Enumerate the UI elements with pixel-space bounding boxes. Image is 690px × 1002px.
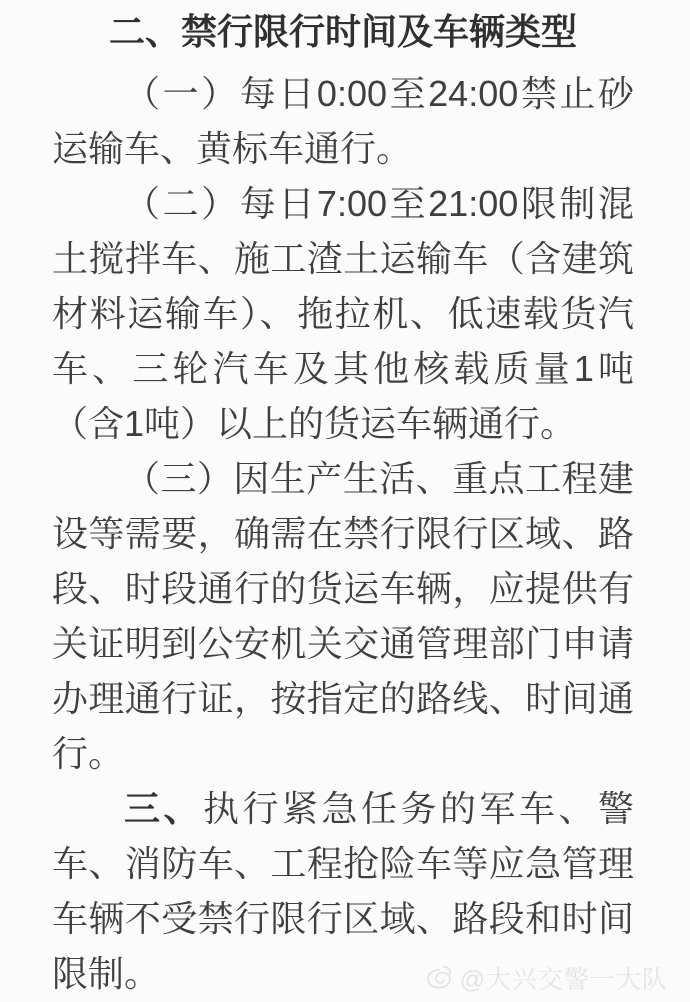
text-line: （一）每日0:00至24:00禁止砂石 xyxy=(52,66,634,121)
weibo-icon xyxy=(424,963,454,993)
text-line: 土搅拌车、施工渣土运输车（含建筑 xyxy=(52,231,634,286)
text-line: 办理通行证，按指定的路线、时间通 xyxy=(52,671,634,726)
text-line: 运输车、黄标车通行。 xyxy=(52,121,634,176)
text-line: 段、时段通行的货运车辆，应提供有 xyxy=(52,561,634,616)
text-line: （二）每日7:00至21:00限制混凝 xyxy=(52,176,634,231)
text-line: （三）因生产生活、重点工程建 xyxy=(52,451,634,506)
paragraph-rule-3: （三）因生产生活、重点工程建 设等需要，确需在禁行限行区域、路 段、时段通行的货… xyxy=(52,451,634,781)
text-line: 车、消防车、工程抢险车等应急管理 xyxy=(52,836,634,891)
notice-document: 二、禁行限行时间及车辆类型 （一）每日0:00至24:00禁止砂石 运输车、黄标… xyxy=(0,0,690,1001)
page: { "page": { "background_color": "#fbfbfb… xyxy=(0,0,690,1002)
document-title: 二、禁行限行时间及车辆类型 xyxy=(52,4,634,60)
watermark: @大兴交警一大队 xyxy=(424,960,668,996)
text-line: （含1吨）以上的货运车辆通行。 xyxy=(52,396,634,451)
text-line: 关证明到公安机关交通管理部门申请 xyxy=(52,616,634,671)
text-line: 设等需要，确需在禁行限行区域、路 xyxy=(52,506,634,561)
paragraph-rule-1: （一）每日0:00至24:00禁止砂石 运输车、黄标车通行。 xyxy=(52,66,634,176)
text-line-rest: 执行紧急任务的军车、警 xyxy=(203,788,634,829)
text-line: 材料运输车）、拖拉机、低速载货汽 xyxy=(52,286,634,341)
text-line: 三、执行紧急任务的军车、警 xyxy=(52,781,634,836)
text-line: 行。 xyxy=(52,726,634,781)
text-line: 车辆不受禁行限行区域、路段和时间 xyxy=(52,891,634,946)
section-number: 三、 xyxy=(124,788,203,829)
paragraph-rule-2: （二）每日7:00至21:00限制混凝 土搅拌车、施工渣土运输车（含建筑 材料运… xyxy=(52,176,634,451)
text-line: 车、三轮汽车及其他核载质量1吨 xyxy=(52,341,634,396)
watermark-text: @大兴交警一大队 xyxy=(460,960,668,996)
